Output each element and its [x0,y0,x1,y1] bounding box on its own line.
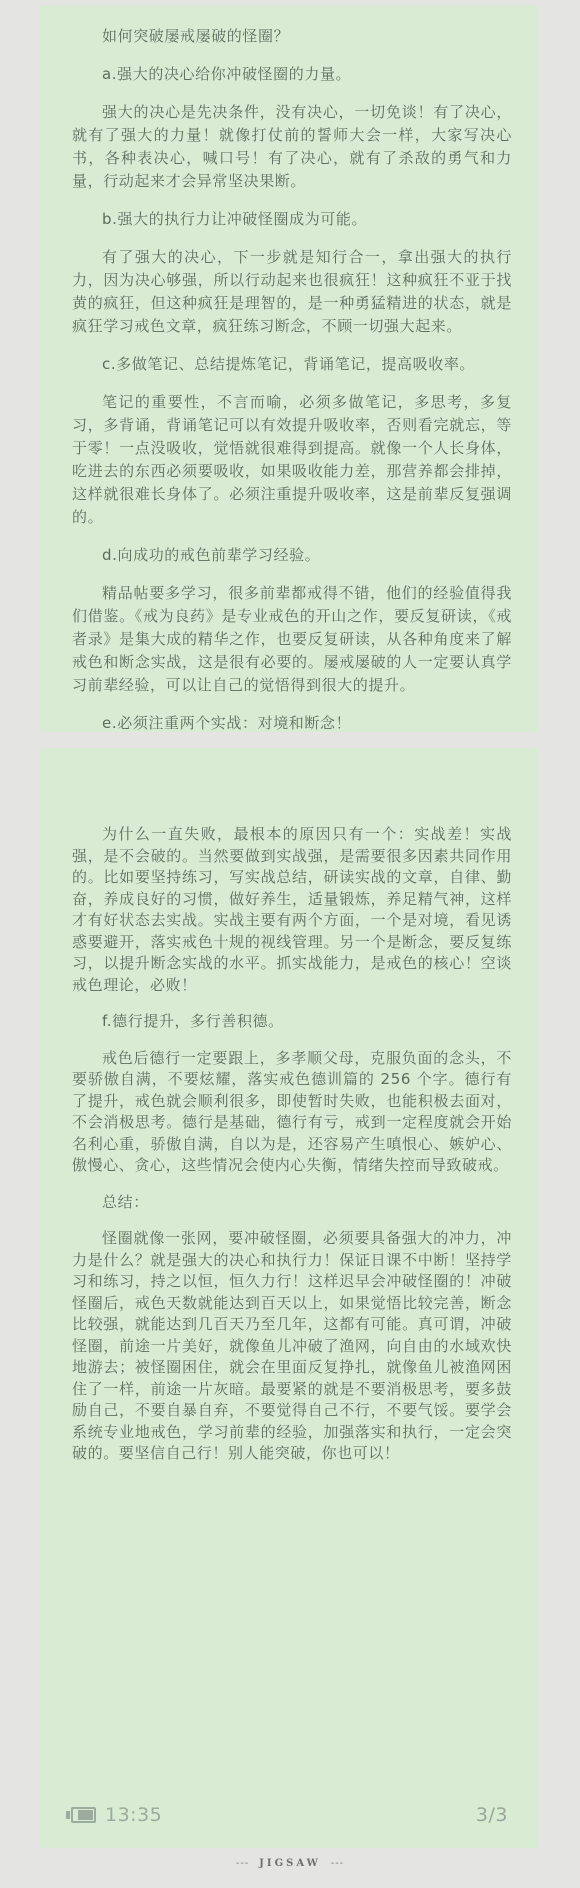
page-2-text-content: 为什么一直失败，最根本的原因只有一个：实战差！实战强，是不会破的。当然要做到实战… [40,748,538,1465]
paragraph: 有了强大的决心，下一步就是知行合一，拿出强大的执行力，因为决心够强，所以行动起来… [72,246,512,338]
paragraph: 为什么一直失败，最根本的原因只有一个：实战差！实战强，是不会破的。当然要做到实战… [72,824,512,996]
paragraph: 怪圈就像一张网，要冲破怪圈，必须要具备强大的冲力，冲力是什么？就是强大的决心和执… [72,1228,512,1465]
paragraph: 如何突破屡戒屡破的怪圈？ [72,25,512,48]
paragraph: f.德行提升，多行善积德。 [72,1011,512,1033]
status-row: 13:35 3/3 [66,1804,508,1826]
battery-terminal [66,1811,70,1819]
paragraph: a.强大的决心给你冲破怪圈的力量。 [72,63,512,86]
page-1-text-content: 如何突破屡戒屡破的怪圈？a.强大的决心给你冲破怪圈的力量。强大的决心是先决条件，… [40,5,538,735]
clock-time: 13:35 [105,1804,162,1826]
reader-page-card-1: 如何突破屡戒屡破的怪圈？a.强大的决心给你冲破怪圈的力量。强大的决心是先决条件，… [40,5,538,732]
paragraph: c.多做笔记、总结提炼笔记，背诵笔记，提高吸收率。 [72,353,512,376]
jigsaw-watermark: ---JIGSAW--- [0,1858,580,1869]
battery-body [71,1807,96,1823]
battery-icon [66,1807,96,1823]
paragraph: 强大的决心是先决条件，没有决心，一切免谈！有了决心，就有了强大的力量！就像打仗前… [72,101,512,193]
paragraph: 戒色后德行一定要跟上，多孝顺父母，克服负面的念头，不要骄傲自满，不要炫耀，落实戒… [72,1048,512,1177]
paragraph: d.向成功的戒色前辈学习经验。 [72,544,512,567]
page-indicator: 3/3 [476,1804,508,1826]
battery-fill [78,1810,93,1820]
watermark-dash-right: --- [331,1858,344,1869]
paragraph: 精品帖要多学习，很多前辈都戒得不错，他们的经验值得我们借鉴。《戒为良药》是专业戒… [72,582,512,697]
paragraph: b.强大的执行力让冲破怪圈成为可能。 [72,208,512,231]
watermark-dash-left: --- [236,1858,249,1869]
paragraph: e.必须注重两个实战：对境和断念！ [72,712,512,735]
paragraph: 总结： [72,1192,512,1214]
reader-page-card-2: 为什么一直失败，最根本的原因只有一个：实战差！实战强，是不会破的。当然要做到实战… [40,748,538,1848]
paragraph: 笔记的重要性，不言而喻，必须多做笔记，多思考，多复习，多背诵，背诵笔记可以有效提… [72,391,512,529]
watermark-label: JIGSAW [259,1858,321,1869]
